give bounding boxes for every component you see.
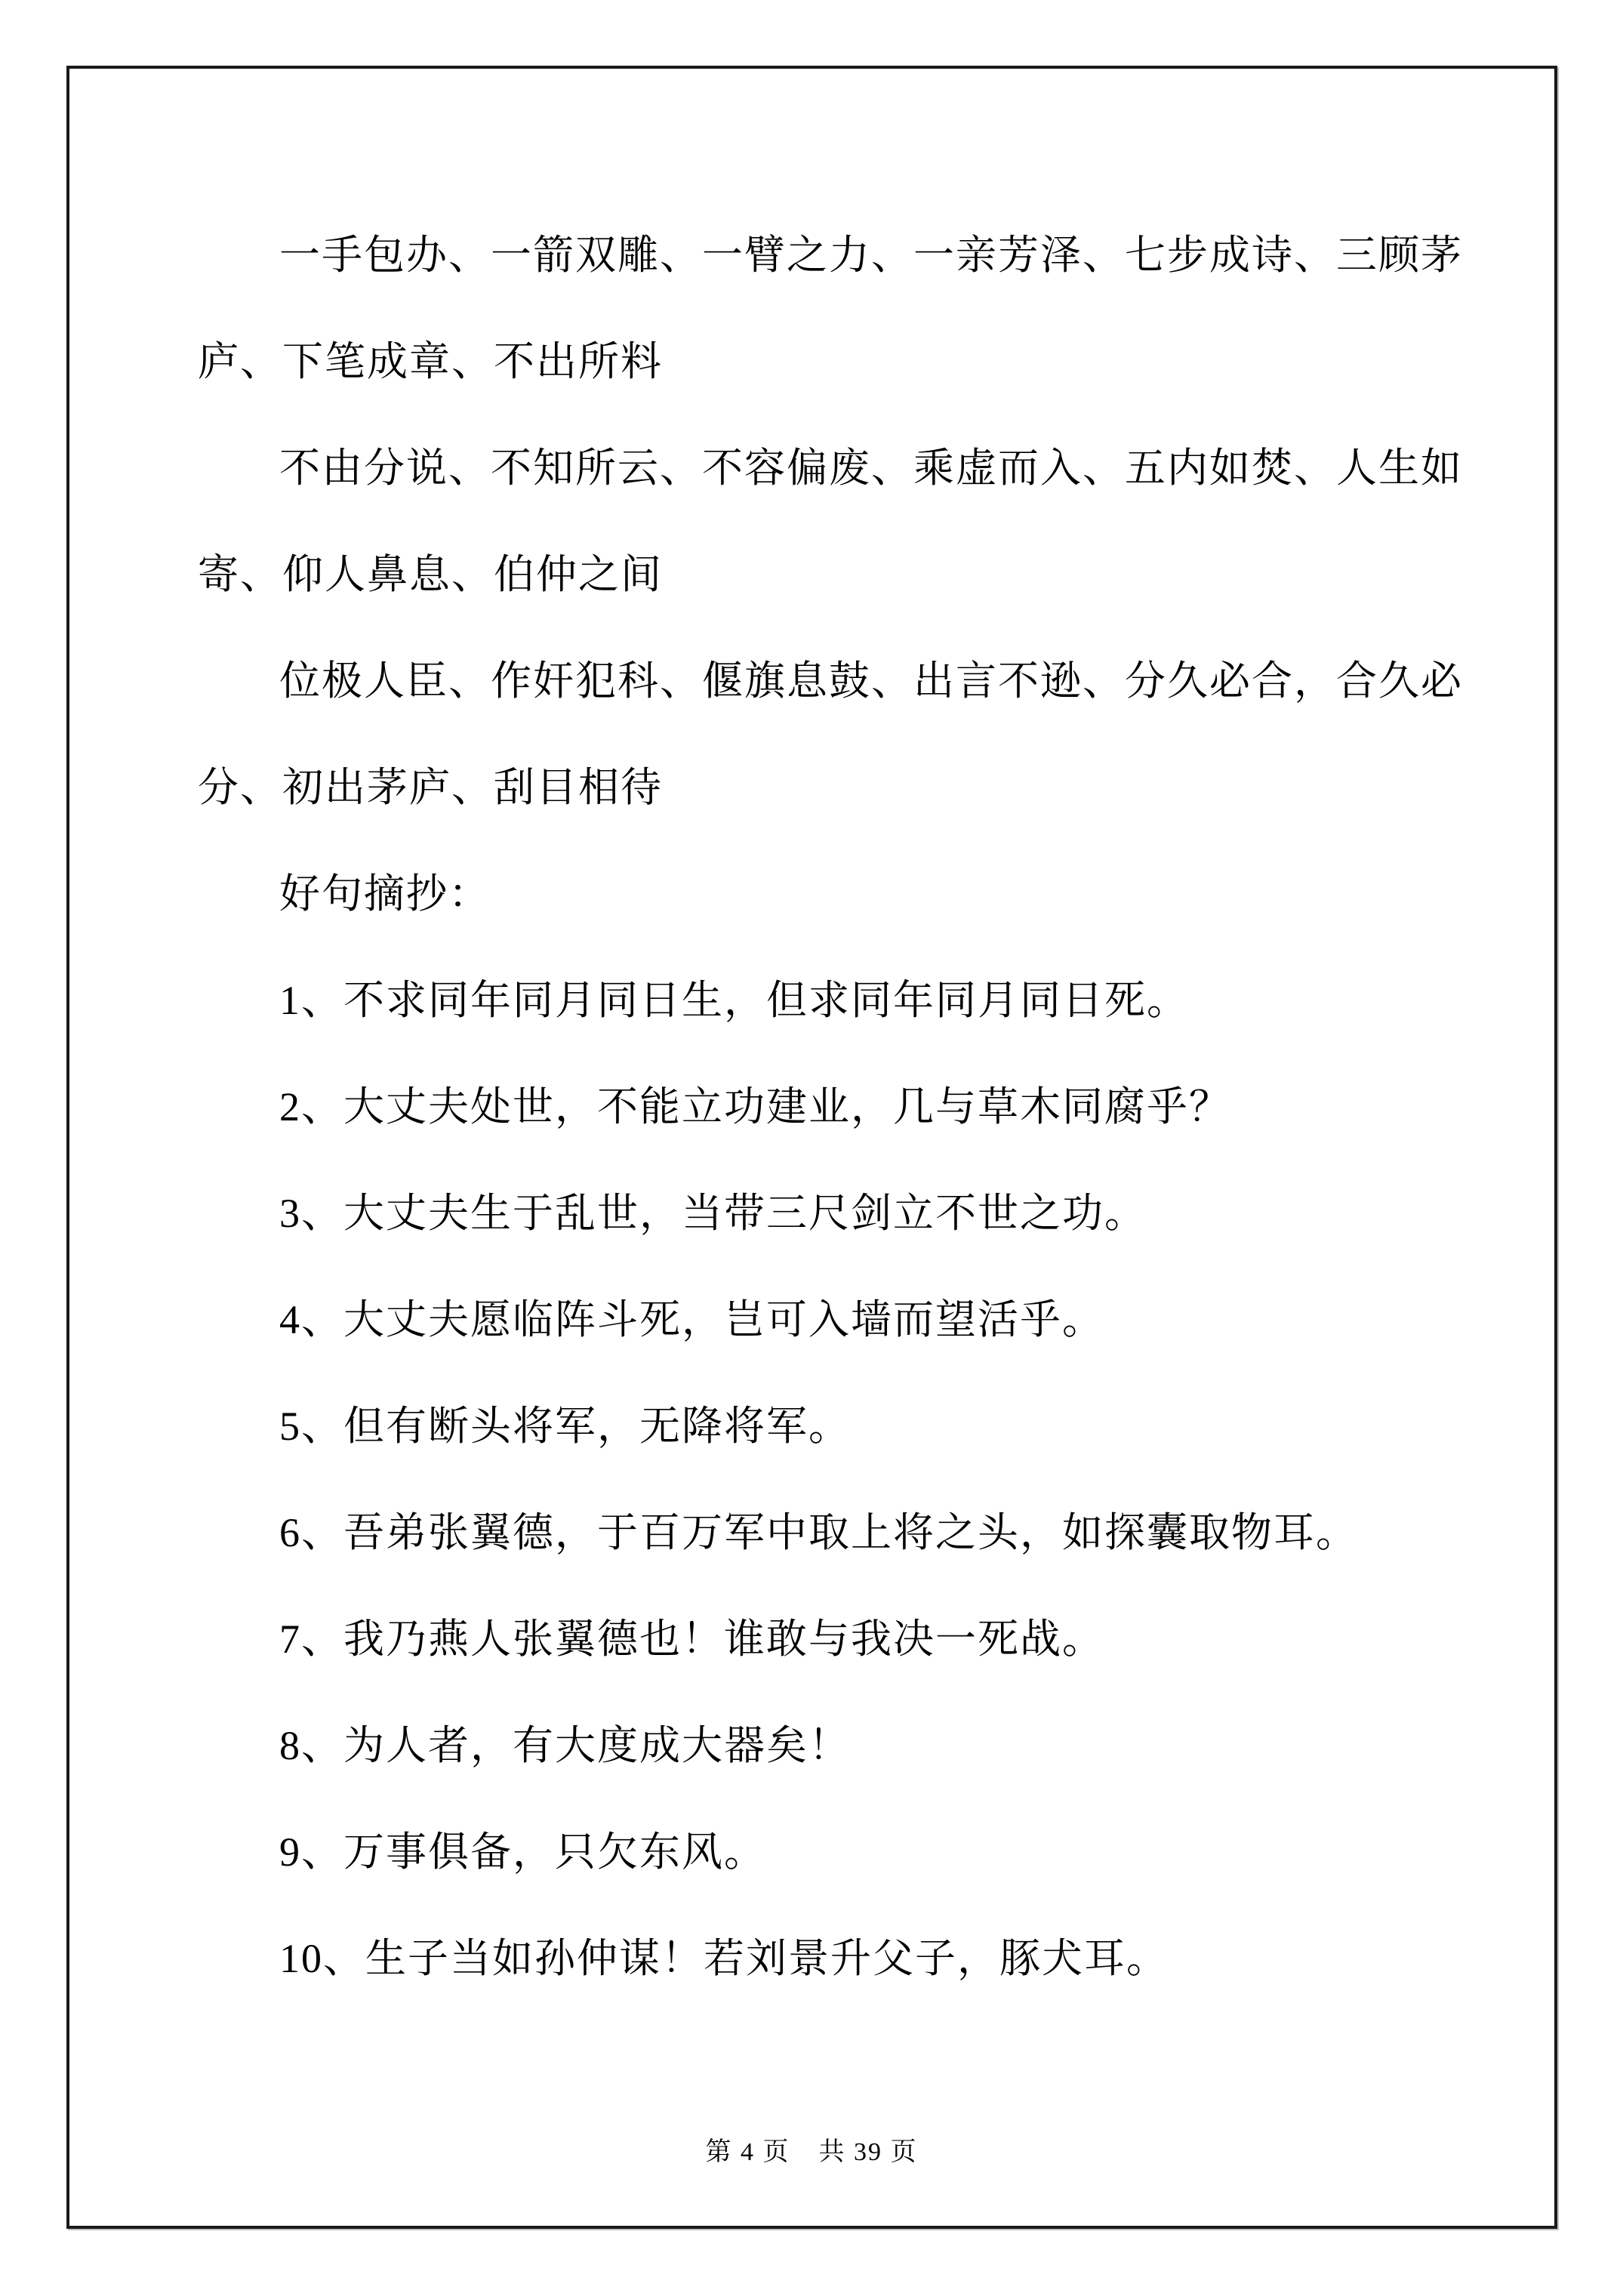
- text-line: 3、大丈夫生于乱世，当带三尺剑立不世之功。: [198, 1160, 1436, 1267]
- footer-page-total: 共 39 页: [819, 2138, 918, 2166]
- text-line: 一手包办、一箭双雕、一臂之力、一亲芳泽、七步成诗、三顾茅: [198, 202, 1436, 309]
- text-line: 7、我乃燕人张翼德也！谁敢与我决一死战。: [198, 1586, 1436, 1693]
- text-line: 好句摘抄：: [198, 841, 1436, 948]
- page-footer: 第 4 页共 39 页: [0, 2131, 1623, 2168]
- text-line: 4、大丈夫愿临阵斗死，岂可入墙而望活乎。: [198, 1267, 1436, 1373]
- text-line: 庐、下笔成章、不出所料: [198, 309, 1436, 415]
- text-line: 不由分说、不知所云、不容偏废、乘虚而入、五内如焚、人生如: [198, 415, 1436, 522]
- text-line: 9、万事俱备，只欠东风。: [198, 1799, 1436, 1906]
- text-line: 5、但有断头将军，无降将军。: [198, 1373, 1436, 1480]
- text-line: 1、不求同年同月同日生，但求同年同月同日死。: [198, 948, 1436, 1054]
- document-body: 一手包办、一箭双雕、一臂之力、一亲芳泽、七步成诗、三顾茅庐、下笔成章、不出所料不…: [198, 202, 1436, 2012]
- text-line: 10、生子当如孙仲谋！若刘景升父子，豚犬耳。: [198, 1906, 1436, 2012]
- text-line: 分、初出茅庐、刮目相待: [198, 735, 1436, 841]
- footer-page-number: 第 4 页: [706, 2138, 790, 2166]
- text-line: 8、为人者，有大度成大器矣！: [198, 1693, 1436, 1799]
- text-line: 位极人臣、作奸犯科、偃旗息鼓、出言不逊、分久必合，合久必: [198, 628, 1436, 735]
- text-line: 2、大丈夫处世，不能立功建业，几与草木同腐乎？: [198, 1054, 1436, 1160]
- text-line: 寄、仰人鼻息、伯仲之间: [198, 522, 1436, 628]
- text-line: 6、吾弟张翼德，于百万军中取上将之头，如探囊取物耳。: [198, 1480, 1436, 1586]
- document-page: 一手包办、一箭双雕、一臂之力、一亲芳泽、七步成诗、三顾茅庐、下笔成章、不出所料不…: [0, 0, 1623, 2296]
